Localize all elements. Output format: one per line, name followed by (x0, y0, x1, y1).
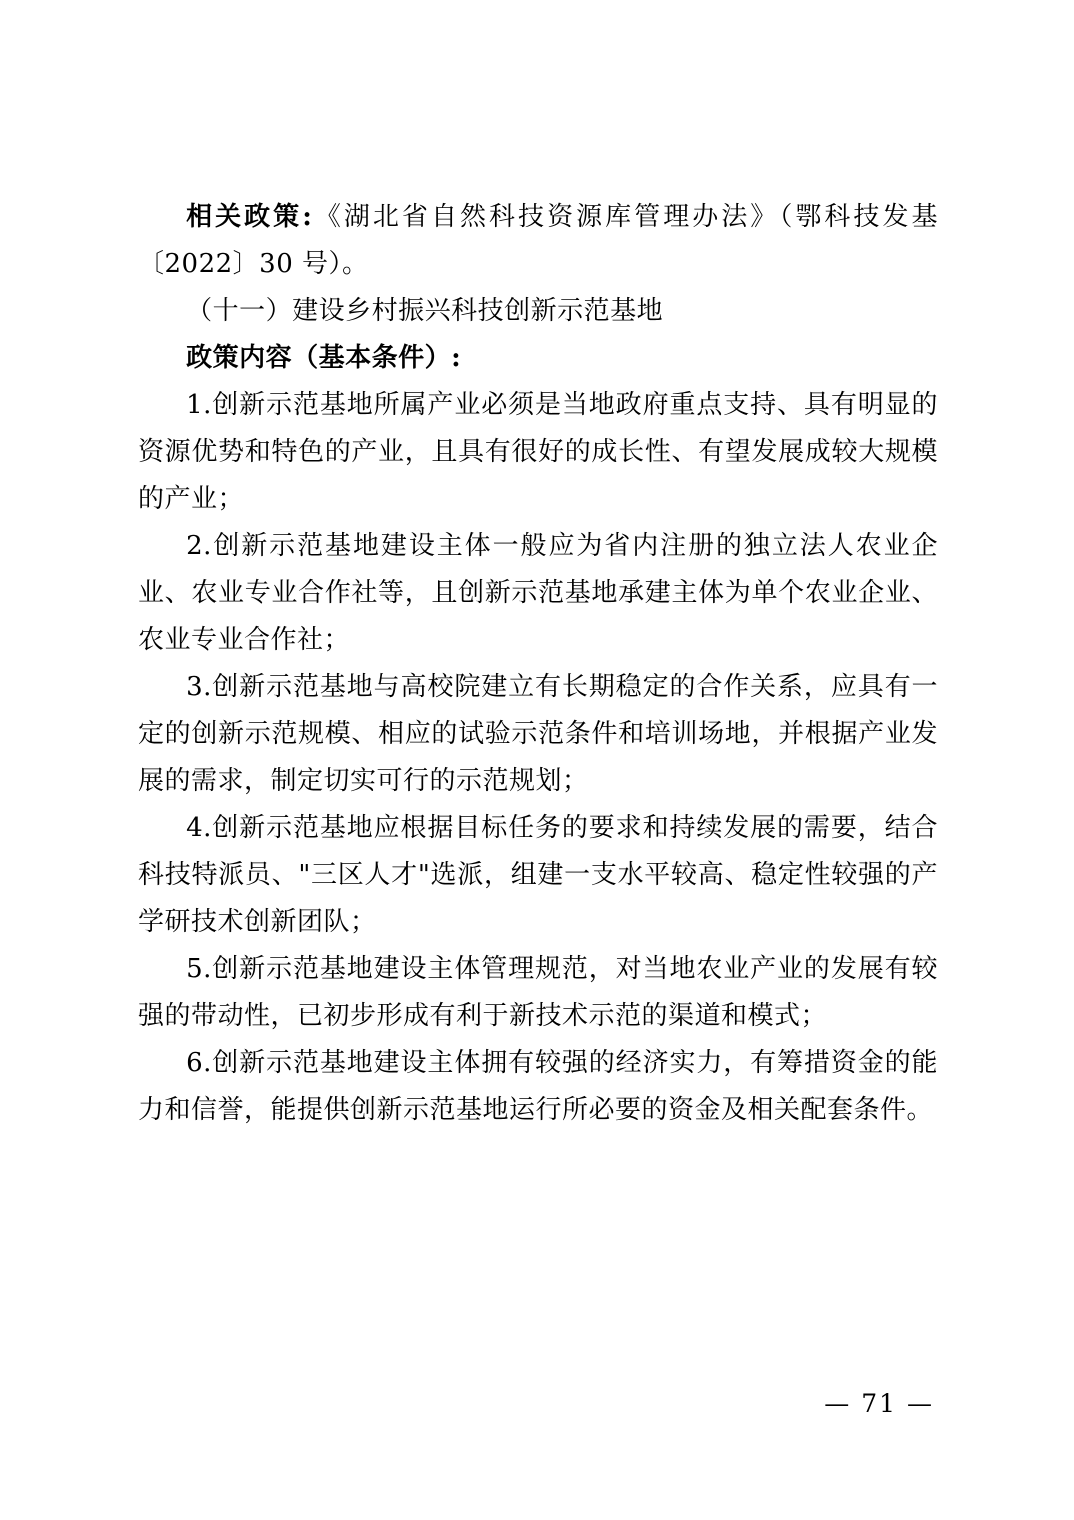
page-number: — 71 — (824, 1389, 934, 1418)
condition-item-5: 5.创新示范基地建设主体管理规范，对当地农业产业的发展有较强的带动性，已初步形成… (138, 946, 938, 1040)
condition-item-4: 4.创新示范基地应根据目标任务的要求和持续发展的需要，结合科技特派员、"三区人才… (138, 805, 938, 946)
document-page: 相关政策:《湖北省自然科技资源库管理办法》（鄂科技发基〔2022〕30 号）。 … (0, 0, 1074, 1520)
condition-item-2: 2.创新示范基地建设主体一般应为省内注册的独立法人农业企业、农业专业合作社等，且… (138, 523, 938, 664)
related-policy-label: 相关政策: (186, 202, 312, 232)
condition-item-1: 1.创新示范基地所属产业必须是当地政府重点支持、具有明显的资源优势和特色的产业，… (138, 382, 938, 523)
page-footer: — 71 — (824, 1389, 934, 1418)
document-body: 相关政策:《湖北省自然科技资源库管理办法》（鄂科技发基〔2022〕30 号）。 … (138, 194, 938, 1134)
section-heading-eleven: （十一）建设乡村振兴科技创新示范基地 (138, 288, 938, 335)
condition-item-6: 6.创新示范基地建设主体拥有较强的经济实力，有筹措资金的能力和信誉，能提供创新示… (138, 1040, 938, 1134)
condition-item-3: 3.创新示范基地与高校院建立有长期稳定的合作关系，应具有一定的创新示范规模、相应… (138, 664, 938, 805)
policy-content-heading: 政策内容（基本条件）: (138, 335, 938, 382)
paragraph-related-policy: 相关政策:《湖北省自然科技资源库管理办法》（鄂科技发基〔2022〕30 号）。 (138, 194, 938, 288)
